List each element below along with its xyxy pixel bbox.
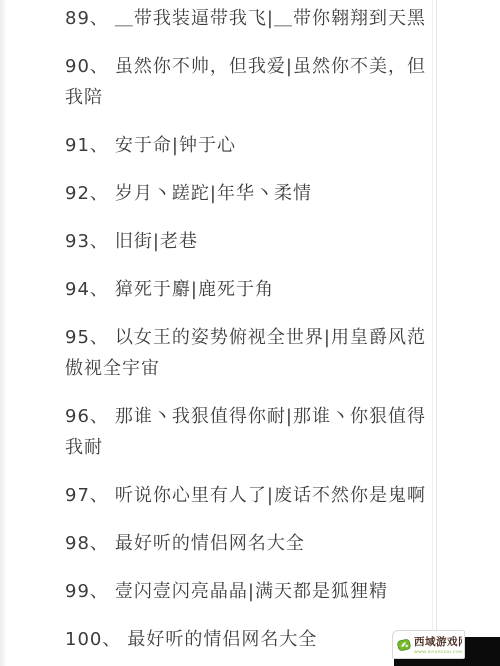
item-text: 岁月丶蹉跎|年华丶柔情	[115, 183, 312, 204]
item-number: 94、	[65, 279, 109, 300]
vertical-divider	[432, 0, 433, 632]
page-left-edge-shade	[0, 0, 7, 666]
item-text: 最好听的情侣网名大全	[115, 533, 305, 554]
item-number: 92、	[65, 183, 109, 204]
item-text: 旧街|老巷	[115, 231, 198, 252]
item-text: 壹闪壹闪亮晶晶|满天都是狐狸精	[115, 581, 388, 602]
item-text: 听说你心里有人了|废话不然你是鬼啊	[115, 485, 426, 506]
item-number: 96、	[65, 406, 109, 427]
watermark-black-bar	[394, 658, 500, 666]
nickname-list: 89、＿带我装逼带我飞|＿带你翱翔到天黑90、虽然你不帅，但我爱|虽然你不美，但…	[65, 3, 440, 666]
item-number: 93、	[65, 231, 109, 252]
item-number: 95、	[65, 327, 109, 348]
item-number: 90、	[65, 56, 109, 77]
item-text: 最好听的情侣网名大全	[127, 629, 317, 650]
item-text: 那谁丶我狠值得你耐|那谁丶你狠值得我耐	[65, 406, 426, 458]
list-item: 96、那谁丶我狠值得你耐|那谁丶你狠值得我耐	[65, 401, 440, 463]
item-number: 89、	[65, 8, 109, 29]
item-text: ＿带我装逼带我飞|＿带你翱翔到天黑	[115, 8, 426, 29]
list-item: 92、岁月丶蹉跎|年华丶柔情	[65, 178, 440, 209]
watermark-label: 西域游戏网 WWW.XIYUYOUXI.COM	[392, 630, 465, 659]
item-number: 100、	[65, 629, 121, 650]
item-text: 虽然你不帅，但我爱|虽然你不美，但我陪	[65, 56, 426, 108]
list-item: 99、壹闪壹闪亮晶晶|满天都是狐狸精	[65, 576, 440, 607]
vertical-divider	[436, 0, 437, 632]
item-text: 安于命|钟于心	[115, 135, 236, 156]
item-number: 91、	[65, 135, 109, 156]
list-item: 91、安于命|钟于心	[65, 130, 440, 161]
list-item: 90、虽然你不帅，但我爱|虽然你不美，但我陪	[65, 51, 440, 113]
item-text: 以女王的姿势俯视全世界|用皇爵风范傲视全宇宙	[65, 327, 426, 379]
item-number: 99、	[65, 581, 109, 602]
list-item: 97、听说你心里有人了|废话不然你是鬼啊	[65, 480, 440, 511]
list-item: 89、＿带我装逼带我飞|＿带你翱翔到天黑	[65, 3, 440, 34]
list-item: 100、最好听的情侣网名大全	[65, 624, 440, 655]
list-item: 94、獐死于麝|鹿死于角	[65, 274, 440, 305]
item-number: 98、	[65, 533, 109, 554]
article-page: 89、＿带我装逼带我飞|＿带你翱翔到天黑90、虽然你不帅，但我爱|虽然你不美，但…	[0, 0, 500, 666]
watermark-text: 西域游戏网 WWW.XIYUYOUXI.COM	[414, 636, 462, 654]
list-item: 93、旧街|老巷	[65, 226, 440, 257]
game-leaf-icon	[396, 637, 412, 653]
item-number: 97、	[65, 485, 109, 506]
watermark-site-name: 西域游戏网	[414, 636, 462, 649]
watermark-subtext: WWW.XIYUYOUXI.COM	[414, 649, 460, 654]
list-item: 95、以女王的姿势俯视全世界|用皇爵风范傲视全宇宙	[65, 322, 440, 384]
site-watermark: 西域游戏网 WWW.XIYUYOUXI.COM	[392, 630, 500, 666]
list-item: 98、最好听的情侣网名大全	[65, 528, 440, 559]
item-text: 獐死于麝|鹿死于角	[115, 279, 274, 300]
